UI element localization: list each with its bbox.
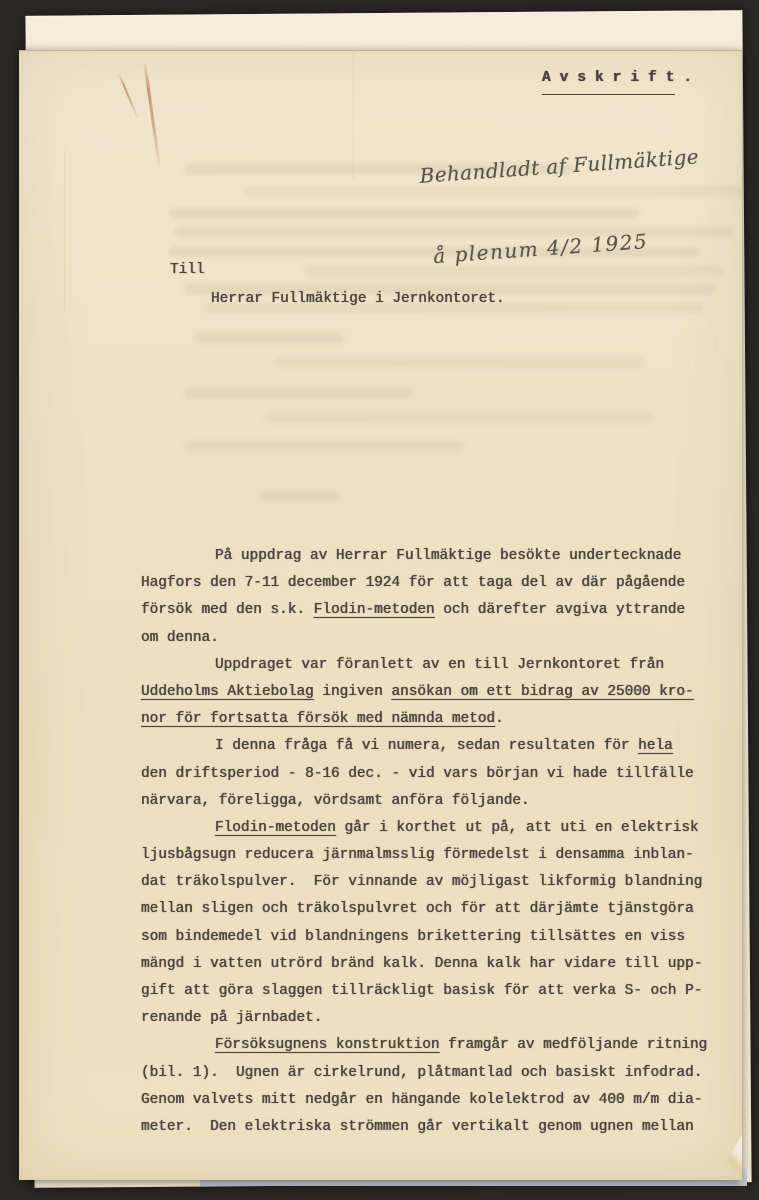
paper-crease [64,151,65,311]
typed-text: går i korthet ut på, att uti en elektris… [336,820,699,836]
body-line: På uppdrag av Herrar Fullmäktige besökte… [141,543,707,570]
typed-text: meter. Den elektriska strömmen går verti… [141,1119,694,1135]
body-line: Genom valvets mitt nedgår en hängande ko… [141,1087,707,1114]
body-line: Försöksugnens konstruktion framgår av me… [141,1032,707,1059]
salutation: Till [170,257,205,284]
typed-text: försök med den s.k. [141,602,314,618]
body-line: Flodin-metoden går i korthet ut på, att … [141,815,707,842]
body-line: nor för fortsatta försök med nämnda meto… [141,706,707,733]
typed-text: På uppdrag av Herrar Fullmäktige besökte… [215,548,681,564]
handwritten-note-line1: Behandladt af Fullmäktige [419,143,700,189]
body-line: om denna. [141,625,707,652]
typed-text: ingiven [314,684,392,700]
body-line: ljusbågsugn reducera järnmalmsslig förme… [141,842,707,869]
body-line: Uddeholms Aktiebolag ingiven ansökan om … [141,679,707,706]
typed-text: den driftsperiod - 8-16 dec. - vid vars … [141,766,694,782]
body-line: I denna fråga få vi numera, sedan result… [141,733,707,760]
rust-stain [143,61,161,172]
folded-corner [718,1135,742,1175]
typed-text: Genom valvets mitt nedgår en hängande ko… [141,1092,702,1108]
typed-text: Uppdraget var föranlett av en till Jernk… [215,657,664,673]
rust-stain [118,74,139,121]
body-line: som bindemedel vid blandningens brikette… [141,924,707,951]
typed-text: mellan sligen och träkolspulvret och för… [141,901,694,917]
typed-text: och därefter avgiva yttrande [435,602,685,618]
photo-background: A v s k r i f t . Behandladt af Fullmäkt… [0,0,759,1200]
body-line: mellan sligen och träkolspulvret och för… [141,896,707,923]
underlined-text: hela [638,738,673,754]
typed-text: om denna. [141,630,219,646]
avskrift-period: . [675,70,693,86]
typed-text: gift att göra slaggen tillräckligt basis… [141,983,702,999]
addressee: Herrar Fullmäktige i Jernkontoret. [211,286,505,313]
underlined-text: nor för fortsatta försök med nämnda meto… [141,711,495,727]
body-line: den driftsperiod - 8-16 dec. - vid vars … [141,761,707,788]
body-line: Hagfors den 7-11 december 1924 för att t… [141,570,707,597]
typed-text: (bil. 1). Ugnen är cirkelrund, plåtmantl… [141,1065,702,1081]
body-line: mängd i vatten utrörd bränd kalk. Denna … [141,951,707,978]
typed-text: renande på järnbadet. [141,1010,322,1026]
underlined-text: Försöksugnens konstruktion [215,1037,440,1053]
body-line: (bil. 1). Ugnen är cirkelrund, plåtmantl… [141,1060,707,1087]
underlined-text: Flodin-metoden [215,820,336,836]
body-line: meter. Den elektriska strömmen går verti… [141,1114,707,1141]
body-line: gift att göra slaggen tillräckligt basis… [141,978,707,1005]
typed-text: dat träkolspulver. För vinnande av möjli… [141,874,702,890]
typed-text: mängd i vatten utrörd bränd kalk. Denna … [141,956,702,972]
typed-text: Hagfors den 7-11 december 1924 för att t… [141,575,685,591]
typed-text: ljusbågsugn reducera järnmalmsslig förme… [141,847,694,863]
underlined-text: Uddeholms Aktiebolag [141,684,314,700]
underlined-text: Flodin-metoden [314,602,435,618]
typed-text: I denna fråga få vi numera, sedan result… [215,738,638,754]
body-line: försök med den s.k. Flodin-metoden och d… [141,597,707,624]
document-page: A v s k r i f t . Behandladt af Fullmäkt… [19,50,742,1180]
body-line: Uppdraget var föranlett av en till Jernk… [141,652,707,679]
paper-crease [353,51,354,181]
body-text: På uppdrag av Herrar Fullmäktige besökte… [141,543,707,1141]
body-line: dat träkolspulver. För vinnande av möjli… [141,869,707,896]
underlined-text: ansökan om ett bidrag av 25000 kro- [391,684,693,700]
body-line: renande på järnbadet. [141,1005,707,1032]
handwritten-note-line2: å plenum 4/2 1925 [424,224,705,270]
avskrift-underlined-text: A v s k r i f t [542,65,675,95]
typed-text: närvara, föreligga, vördsamt anföra följ… [141,793,530,809]
typed-text: . [495,711,504,727]
body-line: närvara, föreligga, vördsamt anföra följ… [141,788,707,815]
typed-text: framgår av medföljande ritning [440,1037,708,1053]
typed-text: som bindemedel vid blandningens brikette… [141,929,685,945]
